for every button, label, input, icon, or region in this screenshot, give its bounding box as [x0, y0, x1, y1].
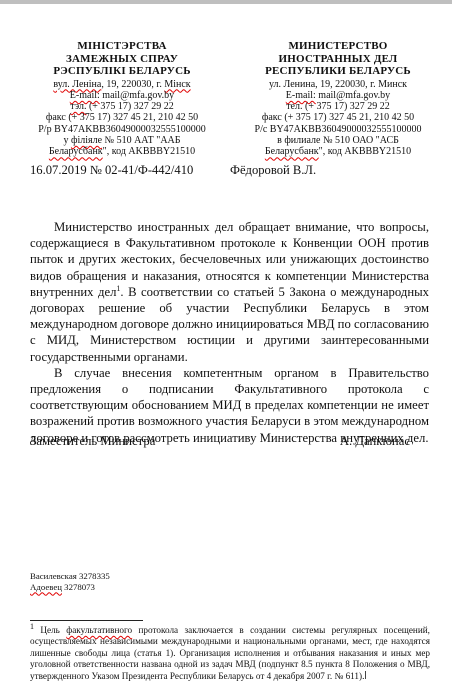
letterhead: МІНІСТЭРСТВА ЗАМЕЖНЫХ СПРАУ РЭСПУБЛІКІ Б… — [14, 40, 446, 158]
ministry-title-by: МІНІСТЭРСТВА ЗАМЕЖНЫХ СПРАУ РЭСПУБЛІКІ Б… — [14, 40, 230, 78]
fax-line-ru: факс (+ 375 17) 327 45 21, 210 42 50 — [230, 112, 446, 123]
letter-body[interactable]: Министерство иностранных дел обращает вн… — [30, 219, 429, 446]
account-line-by: Р/р BY47AKBB36049000032555100000 — [14, 124, 230, 135]
ministry-title-ru-line1: МИНИСТЕРСТВО — [230, 40, 446, 53]
bank-text: у — [63, 135, 71, 146]
email-label: E-mail: — [286, 90, 316, 101]
ministry-title-ru-line2: ИНОСТРАННЫХ ДЕЛ — [230, 53, 446, 66]
document-page[interactable]: МІНІСТЭРСТВА ЗАМЕЖНЫХ СПРАУ РЭСПУБЛІКІ Б… — [0, 0, 452, 696]
email-value: mail@mfa.gov.by — [100, 90, 174, 101]
footnote[interactable]: 1 Цель факультативного протокола заключа… — [30, 625, 430, 682]
phone-line-ru: тел. (+ 375 17) 327 29 22 — [230, 101, 446, 112]
bank-line2-by: Беларусбанк", код AKBBBY21510 — [14, 146, 230, 157]
address-line-by: вул. Леніна, 19, 220030, г. Мінск — [14, 79, 230, 90]
ministry-contacts-by: вул. Леніна, 19, 220030, г. Мінск E-mail… — [14, 79, 230, 158]
bank-text: № 510 ААТ "ААБ — [102, 135, 180, 146]
fax-line-by: факс (+ 375 17) 327 45 21, 210 42 50 — [14, 112, 230, 123]
footnote-separator — [30, 620, 143, 621]
executor-line-1: Василевская 3278335 — [30, 571, 110, 582]
ministry-title-by-line1: МІНІСТЭРСТВА — [14, 40, 230, 53]
ministry-title-ru-line3: РЕСПУБЛИКИ БЕЛАРУСЬ — [230, 65, 446, 78]
letterhead-left-column: МІНІСТЭРСТВА ЗАМЕЖНЫХ СПРАУ РЭСПУБЛІКІ Б… — [14, 40, 230, 158]
phone-line-by: тэл. (+ 375 17) 327 29 22 — [14, 101, 230, 112]
bank-text: ", код AKBBBY21510 — [103, 146, 195, 157]
misspelled-word: філіяле — [71, 135, 102, 146]
paragraph-1: Министерство иностранных дел обращает вн… — [30, 219, 429, 365]
email-value: mail@mfa.gov.by — [316, 90, 390, 101]
bank-line2-ru: Беларусбанк", код AKBBBY21510 — [230, 146, 446, 157]
ministry-contacts-ru: ул. Ленина, 19, 220030, г. Минск E-mail:… — [230, 79, 446, 158]
misspelled-word: Беларусбанк — [265, 146, 319, 157]
misspelled-word: Адоевец — [30, 582, 62, 592]
address-text: , 19, 220030, г. — [101, 79, 164, 90]
misspelled-word: Мінск — [164, 79, 190, 90]
addressee: Фёдоровой В.Л. — [230, 163, 316, 178]
account-line-ru: Р/с BY47AKBB36049000032555100000 — [230, 124, 446, 135]
signature-row: Заместитель Министра А. Дапкюнас — [30, 434, 410, 449]
phone-label: тэл. — [70, 101, 86, 112]
signer-name: А. Дапкюнас — [340, 434, 410, 449]
executor-phone: 3278073 — [62, 582, 95, 592]
executor-contacts: Василевская 3278335 Адоевец 3278073 — [30, 571, 110, 592]
email-label: E-mail: — [70, 90, 100, 101]
reference-row: 16.07.2019 № 02-41/Ф-442/410 Фёдоровой В… — [30, 163, 430, 178]
address-line-ru: ул. Ленина, 19, 220030, г. Минск — [230, 79, 446, 90]
text-cursor — [365, 671, 366, 679]
bank-line1-ru: в филиале № 510 ОАО "АСБ — [230, 135, 446, 146]
misspelled-word: вул. Леніна — [53, 79, 101, 90]
ministry-title-by-line3: РЭСПУБЛІКІ БЕЛАРУСЬ — [14, 65, 230, 78]
phone-value: (+ 375 17) 327 29 22 — [86, 101, 173, 112]
email-line-by: E-mail: mail@mfa.gov.by — [14, 90, 230, 101]
bank-line1-by: у філіяле № 510 ААТ "ААБ — [14, 135, 230, 146]
executor-line-2: Адоевец 3278073 — [30, 582, 110, 593]
date-and-number: 16.07.2019 № 02-41/Ф-442/410 — [30, 163, 230, 178]
misspelled-word: факультативного — [66, 625, 132, 635]
ministry-title-ru: МИНИСТЕРСТВО ИНОСТРАННЫХ ДЕЛ РЕСПУБЛИКИ … — [230, 40, 446, 78]
footnote-text: Цель — [34, 625, 66, 635]
email-line-ru: E-mail: mail@mfa.gov.by — [230, 90, 446, 101]
bank-text: ", код AKBBBY21510 — [319, 146, 411, 157]
misspelled-word: Беларусбанк — [49, 146, 103, 157]
ministry-title-by-line2: ЗАМЕЖНЫХ СПРАУ — [14, 53, 230, 66]
letterhead-right-column: МИНИСТЕРСТВО ИНОСТРАННЫХ ДЕЛ РЕСПУБЛИКИ … — [230, 40, 446, 158]
signer-position: Заместитель Министра — [30, 434, 155, 449]
